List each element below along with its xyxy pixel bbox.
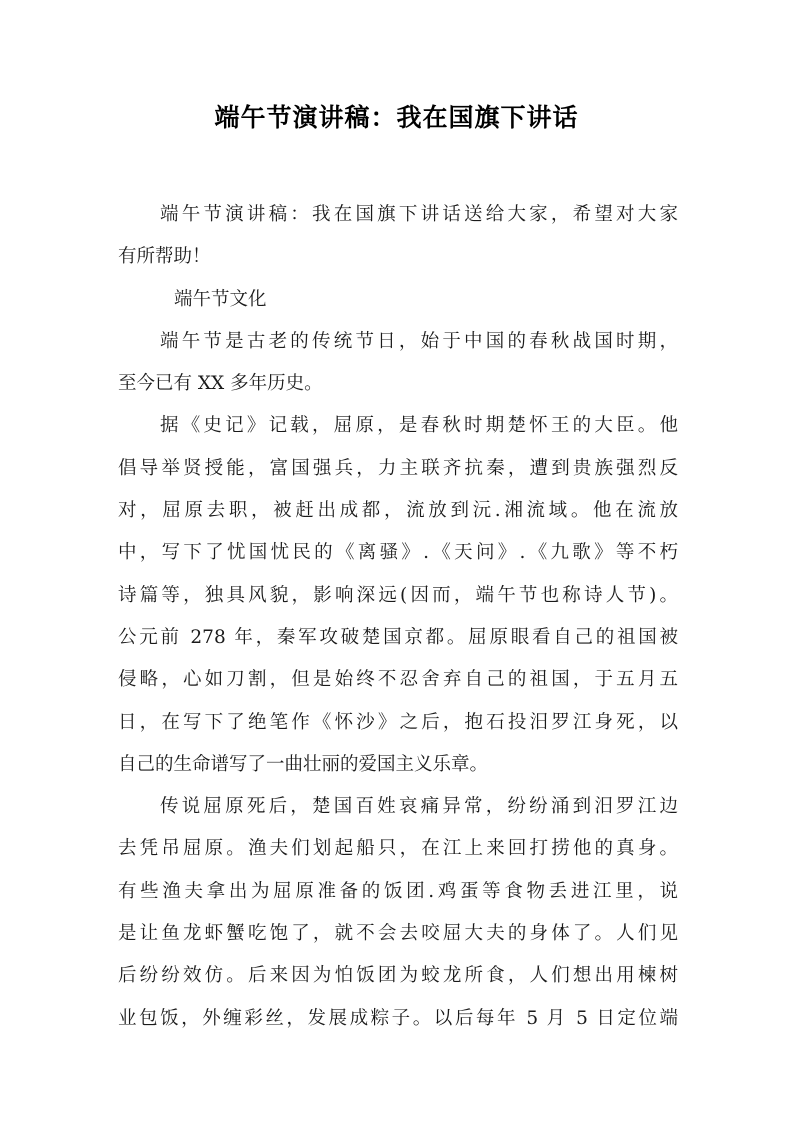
paragraph-legend-line-6: 业包饭，外缠彩丝，发展成粽子。以后每年 5 月 5 日定位端 bbox=[118, 998, 678, 1040]
paragraph-origin-line-1: 端午节是古老的传统节日，始于中国的春秋战国时期， bbox=[118, 321, 678, 363]
paragraph-origin-line-2: 至今已有 XX 多年历史。 bbox=[118, 363, 678, 405]
paragraph-quyuan-line-5: 诗篇等，独具风貌，影响深远(因而，端午节也称诗人节)。 bbox=[118, 575, 678, 617]
paragraph-legend-line-5: 后纷纷效仿。后来因为怕饭团为蛟龙所食，人们想出用楝树 bbox=[118, 955, 678, 997]
paragraph-quyuan-line-7: 侵略，心如刀割，但是始终不忍舍弃自己的祖国，于五月五 bbox=[118, 659, 678, 701]
paragraph-quyuan-line-2: 倡导举贤授能，富国强兵，力主联齐抗秦，遭到贵族强烈反 bbox=[118, 448, 678, 490]
document-page: 端午节演讲稿：我在国旗下讲话 端午节演讲稿：我在国旗下讲话送给大家，希望对大家 … bbox=[0, 0, 793, 1122]
paragraph-intro-line-2: 有所帮助！ bbox=[118, 236, 678, 278]
paragraph-legend-line-3: 有些渔夫拿出为屈原准备的饭团.鸡蛋等食物丢进江里，说 bbox=[118, 871, 678, 913]
paragraph-quyuan-line-6: 公元前 278 年，秦军攻破楚国京都。屈原眼看自己的祖国被 bbox=[118, 617, 678, 659]
paragraph-quyuan-line-3: 对，屈原去职，被赶出成都，流放到沅.湘流域。他在流放 bbox=[118, 490, 678, 532]
paragraph-quyuan-line-1: 据《史记》记载，屈原，是春秋时期楚怀王的大臣。他 bbox=[118, 405, 678, 447]
paragraph-quyuan-line-9: 自己的生命谱写了一曲壮丽的爱国主义乐章。 bbox=[118, 744, 678, 786]
document-body: 端午节演讲稿：我在国旗下讲话送给大家，希望对大家 有所帮助！ 端午节文化 端午节… bbox=[118, 194, 678, 1040]
paragraph-legend-line-1: 传说屈原死后，楚国百姓哀痛异常，纷纷涌到汨罗江边 bbox=[118, 786, 678, 828]
paragraph-quyuan-line-8: 日，在写下了绝笔作《怀沙》之后，抱石投汨罗江身死，以 bbox=[118, 702, 678, 744]
paragraph-legend-line-2: 去凭吊屈原。渔夫们划起船只，在江上来回打捞他的真身。 bbox=[118, 828, 678, 870]
paragraph-legend-line-4: 是让鱼龙虾蟹吃饱了，就不会去咬屈大夫的身体了。人们见 bbox=[118, 913, 678, 955]
paragraph-quyuan-line-4: 中，写下了忧国忧民的《离骚》.《天问》.《九歌》等不朽 bbox=[118, 532, 678, 574]
section-subheading: 端午节文化 bbox=[118, 279, 678, 321]
paragraph-intro-line-1: 端午节演讲稿：我在国旗下讲话送给大家，希望对大家 bbox=[118, 194, 678, 236]
document-title: 端午节演讲稿：我在国旗下讲话 bbox=[0, 100, 793, 136]
